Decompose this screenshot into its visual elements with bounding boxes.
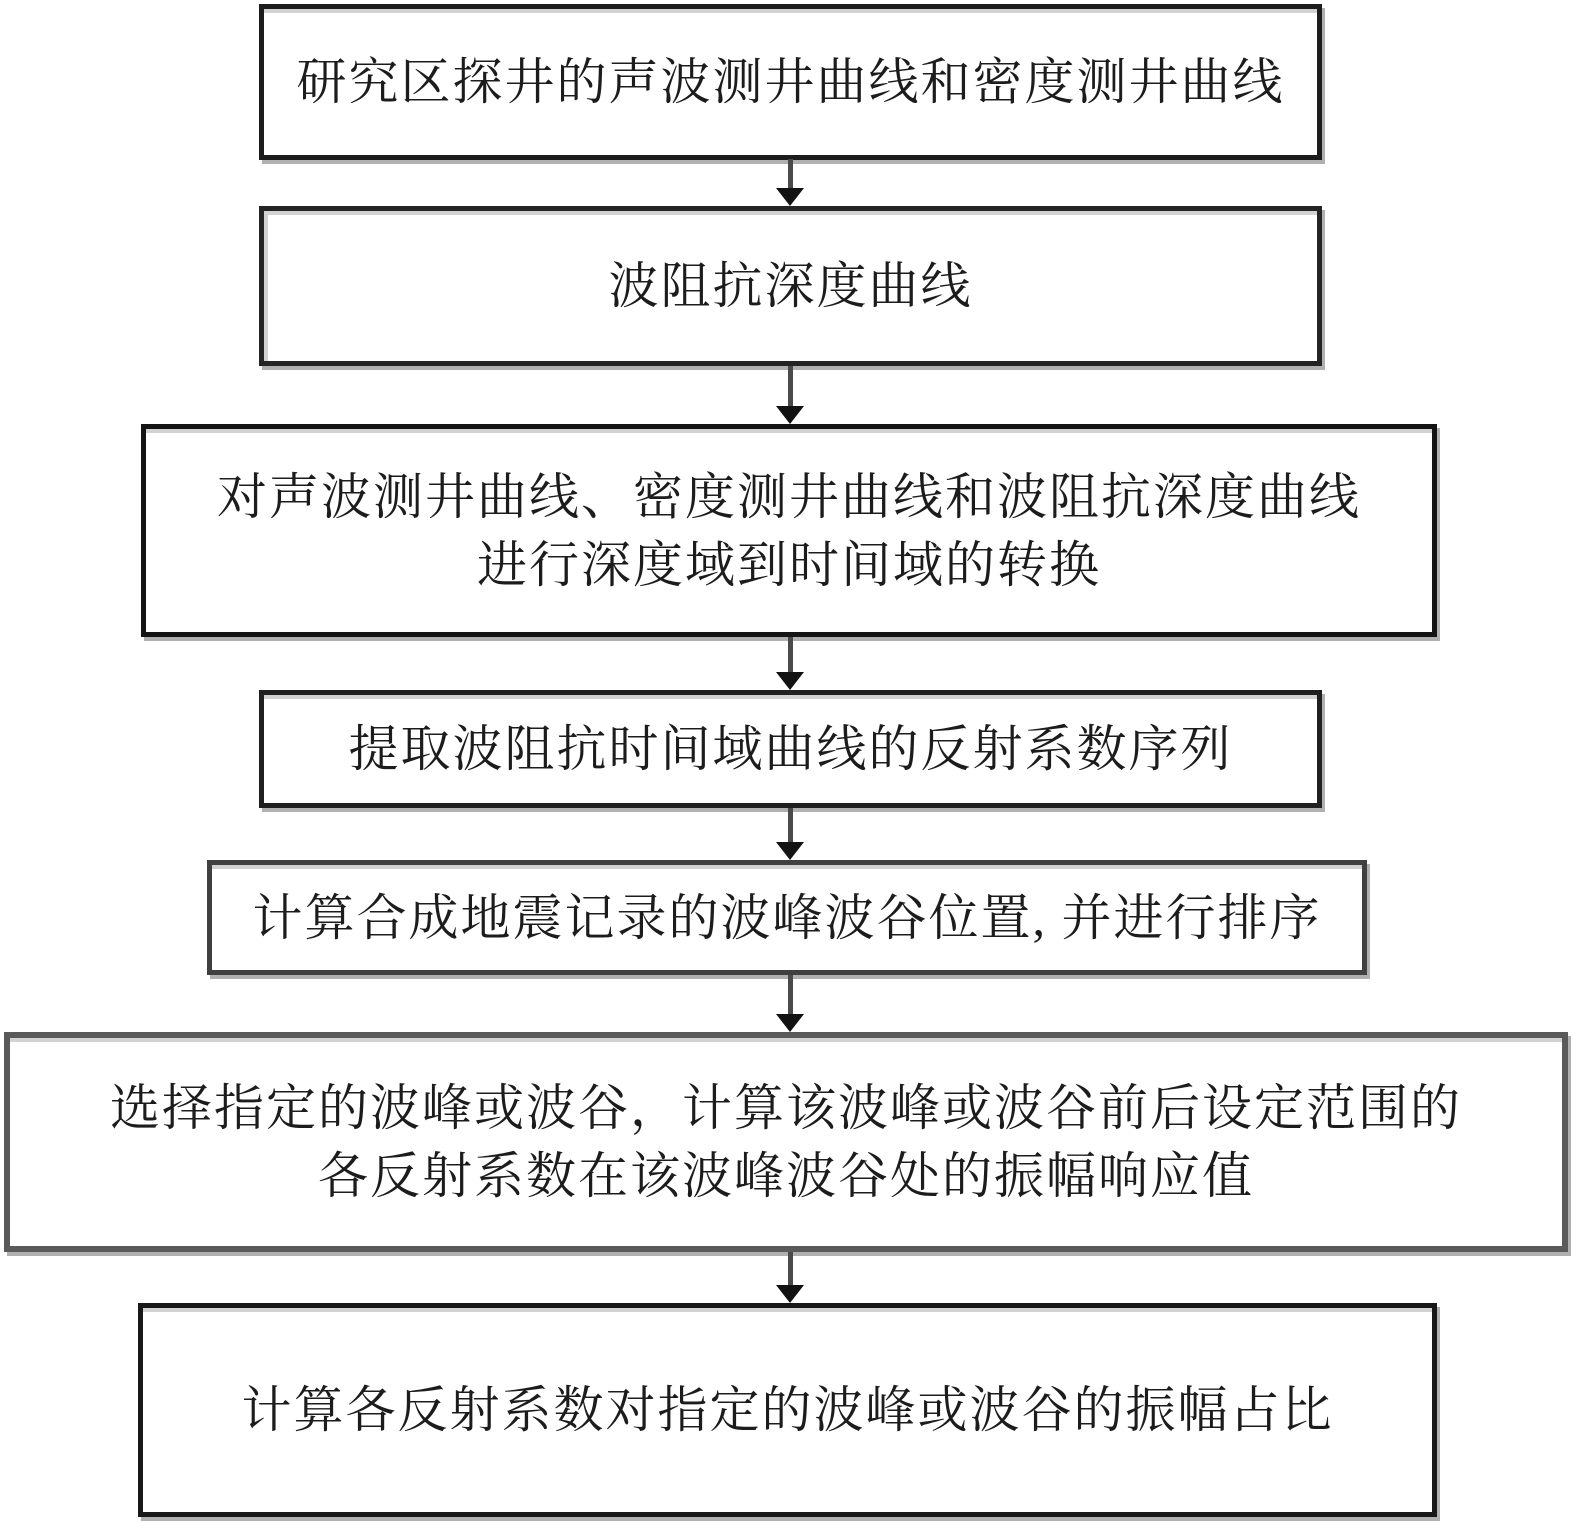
flow-step-2-text: 波阻抗深度曲线 <box>609 252 973 320</box>
flow-step-4-text: 提取波阻抗时间域曲线的反射系数序列 <box>349 715 1233 783</box>
flow-step-5: 计算合成地震记录的波峰波谷位置, 并进行排序 <box>207 860 1367 975</box>
flow-step-7-text: 计算各反射系数对指定的波峰或波谷的振幅占比 <box>242 1376 1334 1444</box>
arrow-line <box>788 366 793 406</box>
arrow-down-icon <box>776 842 804 860</box>
flow-step-6-text-line2: 各反射系数在该波峰波谷处的振幅响应值 <box>318 1142 1254 1210</box>
arrow-down-icon <box>776 1014 804 1032</box>
flow-connector-2 <box>775 366 805 424</box>
flow-step-3: 对声波测井曲线、密度测井曲线和波阻抗深度曲线 进行深度域到时间域的转换 <box>141 424 1437 637</box>
flow-step-6-text-line1: 选择指定的波峰或波谷，计算该波峰或波谷前后设定范围的 <box>110 1074 1462 1142</box>
flow-step-1: 研究区探井的声波测井曲线和密度测井曲线 <box>259 4 1322 160</box>
flow-connector-1 <box>775 159 805 206</box>
flow-step-3-text-line2: 进行深度域到时间域的转换 <box>477 531 1101 599</box>
arrow-line <box>788 1252 793 1285</box>
flow-step-2: 波阻抗深度曲线 <box>259 206 1322 366</box>
flow-step-1-text: 研究区探井的声波测井曲线和密度测井曲线 <box>297 48 1285 116</box>
arrow-line <box>788 637 793 672</box>
flow-connector-4 <box>775 808 805 860</box>
arrow-down-icon <box>776 188 804 206</box>
flow-connector-3 <box>775 637 805 690</box>
flow-step-7: 计算各反射系数对指定的波峰或波谷的振幅占比 <box>138 1303 1437 1517</box>
arrow-line <box>788 159 793 188</box>
flow-step-5-text: 计算合成地震记录的波峰波谷位置, 并进行排序 <box>253 884 1322 952</box>
arrow-line <box>788 808 793 842</box>
arrow-down-icon <box>776 672 804 690</box>
arrow-line <box>788 975 793 1014</box>
flow-connector-5 <box>775 975 805 1032</box>
arrow-down-icon <box>776 1285 804 1303</box>
flowchart-canvas: 研究区探井的声波测井曲线和密度测井曲线 波阻抗深度曲线 对声波测井曲线、密度测井… <box>0 0 1575 1523</box>
flow-step-6: 选择指定的波峰或波谷，计算该波峰或波谷前后设定范围的 各反射系数在该波峰波谷处的… <box>4 1032 1568 1252</box>
flow-step-3-text-line1: 对声波测井曲线、密度测井曲线和波阻抗深度曲线 <box>217 463 1361 531</box>
arrow-down-icon <box>776 406 804 424</box>
flow-connector-6 <box>775 1252 805 1303</box>
flow-step-4: 提取波阻抗时间域曲线的反射系数序列 <box>259 690 1322 808</box>
